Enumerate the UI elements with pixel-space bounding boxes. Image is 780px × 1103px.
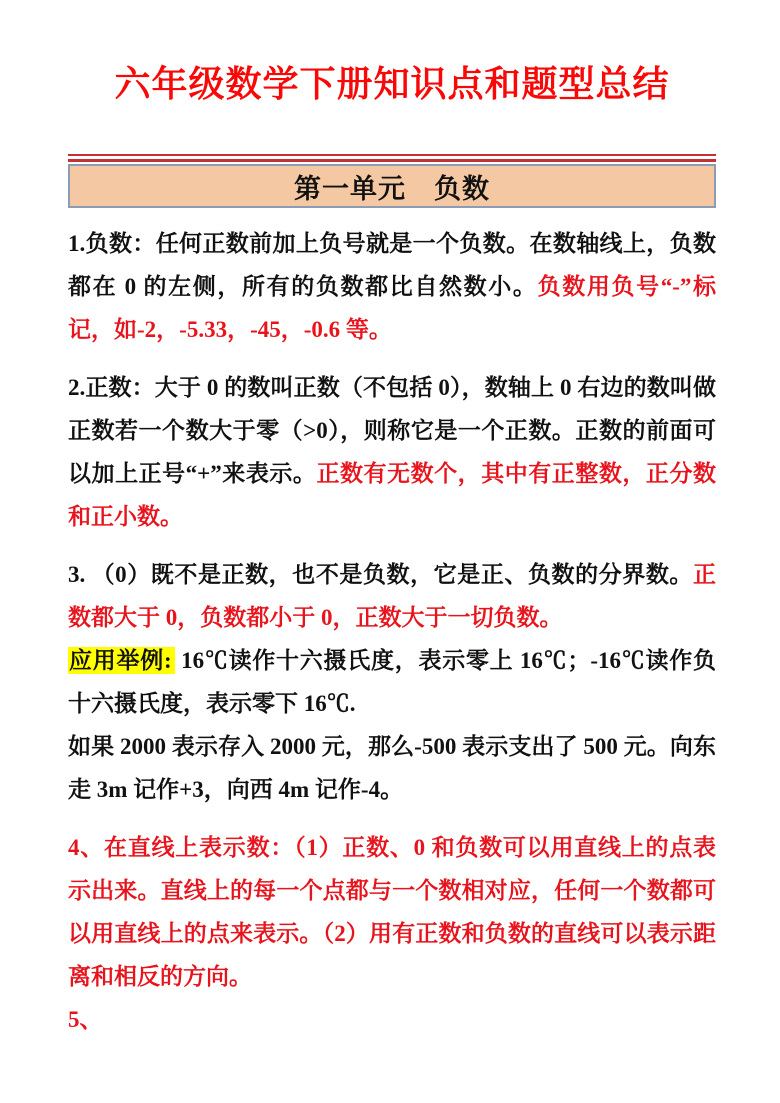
paragraph-positive-definition: 2.正数：大于 0 的数叫正数（不包括 0），数轴上 0 右边的数叫做正数若一个… [68,366,716,538]
text-run-red: 4、在直线上表示数：（1）正数、0 和负数可以用直线上的点表示出来。直线上的每一… [68,835,716,989]
text-run-black: 如果 2000 表示存入 2000 元，那么-500 表示支出了 500 元。向… [68,734,716,802]
paragraph-application-example: 应用举例: 16℃读作十六摄氏度，表示零上 16℃；-16℃读作负十六摄氏度，表… [68,639,716,725]
document-page: 六年级数学下册知识点和题型总结 第一单元 负数 1.负数：任何正数前加上负号就是… [0,0,780,1103]
unit-header-box: 第一单元 负数 [68,164,716,208]
paragraph-negative-definition: 1.负数：任何正数前加上负号就是一个负数。在数轴线上，负数都在 0 的左侧，所有… [68,222,716,351]
double-rule-divider [68,154,716,162]
paragraph-number-line: 4、在直线上表示数：（1）正数、0 和负数可以用直线上的点表示出来。直线上的每一… [68,826,716,998]
paragraph-item-five: 5、 [68,998,716,1041]
document-body: 1.负数：任何正数前加上负号就是一个负数。在数轴线上，负数都在 0 的左侧，所有… [68,222,716,1041]
text-run-black: 3. （0）既不是正数，也不是负数，它是正、负数的分界数。 [68,562,693,587]
paragraph-zero-boundary: 3. （0）既不是正数，也不是负数，它是正、负数的分界数。正数都大于 0，负数都… [68,553,716,639]
page-title: 六年级数学下册知识点和题型总结 [68,0,716,106]
paragraph-deposit-example: 如果 2000 表示存入 2000 元，那么-500 表示支出了 500 元。向… [68,725,716,811]
highlighted-example-label: 应用举例: [68,647,175,674]
text-run-red: 5、 [68,1007,103,1032]
unit-header-text: 第一单元 负数 [294,167,490,206]
